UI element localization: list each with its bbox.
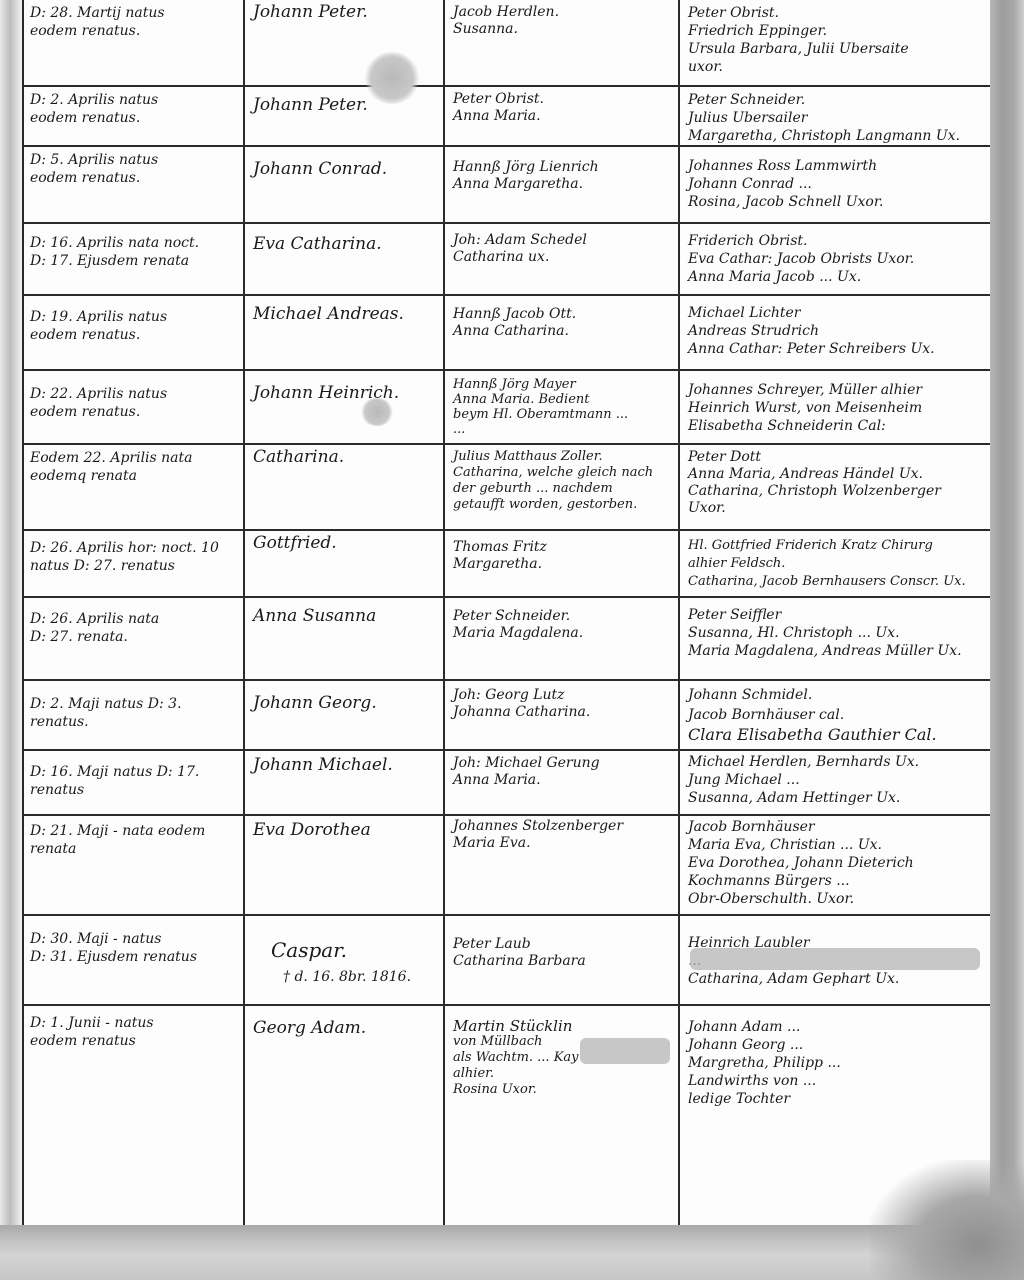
godparent-line: Obr-Oberschulth. Uxor. [688, 890, 984, 908]
date-cell: D: 30. Maji - natus D: 31. Ejusdem renat… [22, 916, 243, 1004]
godparent-line: Jacob Bornhäuser cal. [688, 705, 984, 725]
child-name: Michael Andreas. [253, 306, 437, 323]
child-cell: Georg Adam. [245, 1006, 443, 1232]
godparent-line: Andreas Strudrich [688, 322, 984, 340]
godparent-line: Johann Adam ... [688, 1018, 984, 1036]
parents-cell: Joh: Adam Schedel Catharina ux. [445, 224, 677, 294]
parent-line: Anna Maria. [453, 772, 671, 789]
godparents-cell: Peter Seiffler Susanna, Hl. Christoph ..… [680, 598, 990, 679]
godparents-cell: Jacob Bornhäuser Maria Eva, Christian ..… [680, 816, 990, 914]
date-line: eodem renatus. [30, 403, 237, 421]
scan-corner-shadow [870, 1160, 1024, 1280]
godparents-cell: Hl. Gottfried Friderich Kratz Chirurg al… [680, 531, 990, 596]
parent-line: Hannß Jacob Ott. [453, 306, 671, 323]
parent-line: Catharina Barbara [453, 953, 671, 970]
godparent-line: Ursula Barbara, Julii Ubersaite [688, 40, 984, 58]
date-line: eodem renatus. [30, 169, 237, 187]
godparent-line: Rosina, Jacob Schnell Uxor. [688, 193, 984, 211]
date-line: D: 17. Ejusdem renata [30, 252, 237, 270]
godparent-line: Maria Magdalena, Andreas Müller Ux. [688, 642, 984, 660]
godparent-line: uxor. [688, 58, 984, 76]
godparent-line: Anna Maria, Andreas Händel Ux. [688, 466, 984, 483]
parents-cell: Joh: Michael Gerung Anna Maria. [445, 751, 677, 814]
child-name: Johann Peter. [253, 97, 437, 114]
date-line: D: 2. Aprilis natus [30, 91, 237, 109]
date-line: eodemq renata [30, 467, 237, 485]
date-line: Eodem 22. Aprilis nata [30, 449, 237, 467]
parents-cell: Hannß Jörg Lienrich Anna Margaretha. [445, 147, 677, 222]
date-cell: D: 19. Aprilis natus eodem renatus. [22, 296, 243, 369]
godparent-line: Jacob Bornhäuser [688, 818, 984, 836]
godparent-line: Jung Michael ... [688, 771, 984, 789]
register-row: D: 26. Aprilis nata D: 27. renata. Anna … [22, 598, 990, 681]
parent-line: Thomas Fritz [453, 539, 671, 556]
godparent-line: Peter Schneider. [688, 91, 984, 109]
binding-margin [0, 0, 24, 1230]
date-line: renatus [30, 781, 237, 799]
register-row: D: 5. Aprilis natus eodem renatus. Johan… [22, 147, 990, 224]
parent-line: Joh: Michael Gerung [453, 755, 671, 772]
parent-line: Joh: Georg Lutz [453, 687, 671, 704]
parent-line: Anna Margaretha. [453, 176, 671, 193]
parent-line: ... [453, 422, 671, 437]
godparent-line: Johann Georg ... [688, 1036, 984, 1054]
godparent-line: Kochmanns Bürgers ... [688, 872, 984, 890]
date-line: D: 16. Maji natus D: 17. [30, 763, 237, 781]
godparent-line: Johann Schmidel. [688, 685, 984, 705]
child-name: Johann Georg. [253, 695, 437, 712]
date-line: renatus. [30, 713, 237, 731]
parents-cell: Peter Laub Catharina Barbara [445, 916, 677, 1004]
godparent-line: Eva Cathar: Jacob Obrists Uxor. [688, 250, 984, 268]
parent-line: Maria Eva. [453, 835, 671, 852]
godparents-cell: Johannes Schreyer, Müller alhier Heinric… [680, 371, 990, 443]
parent-line: Anna Catharina. [453, 323, 671, 340]
date-cell: D: 5. Aprilis natus eodem renatus. [22, 147, 243, 222]
godparent-line: Michael Herdlen, Bernhards Ux. [688, 753, 984, 771]
parent-line: getaufft worden, gestorben. [453, 497, 671, 513]
parent-line: Hannß Jörg Mayer [453, 377, 671, 392]
child-cell: Eva Catharina. [245, 224, 443, 294]
parent-line: der geburth ... nachdem [453, 481, 671, 497]
date-line: D: 21. Maji - nata eodem [30, 822, 237, 840]
godparents-cell: Peter Obrist. Friedrich Eppinger. Ursula… [680, 0, 990, 85]
date-line: renata [30, 840, 237, 858]
godparents-cell: Michael Lichter Andreas Strudrich Anna C… [680, 296, 990, 369]
register-row: D: 2. Maji natus D: 3. renatus. Johann G… [22, 681, 990, 751]
register-row: D: 16. Aprilis nata noct. D: 17. Ejusdem… [22, 224, 990, 296]
godparent-line: Catharina, Christoph Wolzenberger [688, 483, 984, 500]
godparent-line: Elisabetha Schneiderin Cal: [688, 417, 984, 435]
godparent-line: Eva Dorothea, Johann Dieterich [688, 854, 984, 872]
child-name: Johann Conrad. [253, 161, 437, 178]
date-line: D: 16. Aprilis nata noct. [30, 234, 237, 252]
child-name: Georg Adam. [253, 1020, 437, 1037]
godparent-line: Julius Ubersailer [688, 109, 984, 127]
ink-smudge [580, 1038, 670, 1064]
parents-cell: Peter Schneider. Maria Magdalena. [445, 598, 677, 679]
godparent-line: alhier Feldsch. [688, 555, 984, 573]
child-cell: Johann Heinrich. [245, 371, 443, 443]
baptism-register-table: D: 28. Martij natus eodem renatus. Johan… [22, 0, 990, 1232]
date-cell: D: 26. Aprilis hor: noct. 10 natus D: 27… [22, 531, 243, 596]
child-cell: Gottfried. [245, 531, 443, 596]
parents-cell: Thomas Fritz Margaretha. [445, 531, 677, 596]
parents-cell: Johannes Stolzenberger Maria Eva. [445, 816, 677, 914]
parents-cell: Hannß Jörg Mayer Anna Maria. Bedient bey… [445, 371, 677, 443]
child-name: Johann Michael. [253, 757, 437, 774]
ink-stain [364, 52, 420, 104]
godparent-line: Peter Seiffler [688, 606, 984, 624]
godparent-line: Friedrich Eppinger. [688, 22, 984, 40]
death-note: † d. 16. 8br. 1816. [271, 969, 437, 986]
godparent-line: Anna Maria Jacob ... Ux. [688, 268, 984, 286]
parent-line: Hannß Jörg Lienrich [453, 159, 671, 176]
date-cell: D: 16. Maji natus D: 17. renatus [22, 751, 243, 814]
child-name: Caspar. [271, 942, 437, 959]
godparent-line: Susanna, Adam Hettinger Ux. [688, 789, 984, 807]
parent-line: Margaretha. [453, 556, 671, 573]
parent-line: Catharina, welche gleich nach [453, 465, 671, 481]
parent-line: alhier. [453, 1066, 671, 1082]
godparent-line: Johannes Ross Lammwirth [688, 157, 984, 175]
date-line: D: 26. Aprilis nata [30, 610, 237, 628]
parent-line: Johannes Stolzenberger [453, 818, 671, 835]
godparent-line: Anna Cathar: Peter Schreibers Ux. [688, 340, 984, 358]
godparent-line: Landwirths von ... [688, 1072, 984, 1090]
child-cell: Johann Conrad. [245, 147, 443, 222]
godparent-line: Hl. Gottfried Friderich Kratz Chirurg [688, 537, 984, 555]
register-row: D: 21. Maji - nata eodem renata Eva Doro… [22, 816, 990, 916]
godparent-line: Uxor. [688, 500, 984, 517]
register-row: D: 2. Aprilis natus eodem renatus. Johan… [22, 87, 990, 147]
page-edge-shadow [990, 0, 1024, 1280]
godparents-cell: Johann Schmidel. Jacob Bornhäuser cal. C… [680, 681, 990, 749]
godparents-cell: Peter Dott Anna Maria, Andreas Händel Ux… [680, 445, 990, 529]
child-cell: Anna Susanna [245, 598, 443, 679]
parent-line: Anna Maria. [453, 108, 671, 125]
date-cell: Eodem 22. Aprilis nata eodemq renata [22, 445, 243, 529]
date-line: D: 31. Ejusdem renatus [30, 948, 237, 966]
date-line: D: 30. Maji - natus [30, 930, 237, 948]
child-cell: Johann Michael. [245, 751, 443, 814]
parent-line: Peter Schneider. [453, 608, 671, 625]
godparents-cell: Friderich Obrist. Eva Cathar: Jacob Obri… [680, 224, 990, 294]
parent-line: Susanna. [453, 21, 671, 38]
date-cell: D: 2. Aprilis natus eodem renatus. [22, 87, 243, 145]
parent-line: beym Hl. Oberamtmann ... [453, 407, 671, 422]
parent-line: Peter Obrist. [453, 91, 671, 108]
child-cell: Michael Andreas. [245, 296, 443, 369]
parent-line: Jacob Herdlen. [453, 4, 671, 21]
date-cell: D: 28. Martij natus eodem renatus. [22, 0, 243, 85]
godparent-line: Clara Elisabetha Gauthier Cal. [688, 725, 984, 745]
child-name: Gottfried. [253, 535, 437, 552]
date-line: eodem renatus. [30, 109, 237, 127]
parents-cell: Jacob Herdlen. Susanna. [445, 0, 677, 85]
register-row: D: 19. Aprilis natus eodem renatus. Mich… [22, 296, 990, 371]
godparents-cell: Michael Herdlen, Bernhards Ux. Jung Mich… [680, 751, 990, 814]
date-line: D: 1. Junii - natus [30, 1014, 237, 1032]
parents-cell: Hannß Jacob Ott. Anna Catharina. [445, 296, 677, 369]
parents-cell: Peter Obrist. Anna Maria. [445, 87, 677, 145]
parent-line: Peter Laub [453, 936, 671, 953]
date-line: D: 2. Maji natus D: 3. [30, 695, 237, 713]
parent-line: Catharina ux. [453, 249, 671, 266]
godparents-cell: Johannes Ross Lammwirth Johann Conrad ..… [680, 147, 990, 222]
godparent-line: ledige Tochter [688, 1090, 984, 1108]
child-name: Anna Susanna [253, 608, 437, 625]
register-row: D: 1. Junii - natus eodem renatus Georg … [22, 1006, 990, 1232]
date-line: eodem renatus. [30, 22, 237, 40]
register-row: Eodem 22. Aprilis nata eodemq renata Cat… [22, 445, 990, 531]
godparent-line: Maria Eva, Christian ... Ux. [688, 836, 984, 854]
register-row: D: 22. Aprilis natus eodem renatus. Joha… [22, 371, 990, 445]
parent-line: Anna Maria. Bedient [453, 392, 671, 407]
child-name: Eva Catharina. [253, 236, 437, 253]
child-cell: Caspar. † d. 16. 8br. 1816. [245, 916, 443, 1004]
godparent-line: Margaretha, Christoph Langmann Ux. [688, 127, 984, 145]
ink-smudge [690, 948, 980, 970]
child-cell: Catharina. [245, 445, 443, 529]
parents-cell: Julius Matthaus Zoller. Catharina, welch… [445, 445, 677, 529]
parent-line: Johanna Catharina. [453, 704, 671, 721]
godparent-line: Peter Dott [688, 449, 984, 466]
child-name: Catharina. [253, 449, 437, 466]
date-line: natus D: 27. renatus [30, 557, 237, 575]
godparent-line: Johann Conrad ... [688, 175, 984, 193]
child-name: Johann Peter. [253, 4, 437, 21]
date-cell: D: 1. Junii - natus eodem renatus [22, 1006, 243, 1232]
child-cell: Eva Dorothea [245, 816, 443, 914]
parent-line: Julius Matthaus Zoller. [453, 449, 671, 465]
parent-line: Maria Magdalena. [453, 625, 671, 642]
child-name: Eva Dorothea [253, 822, 437, 839]
godparent-line: Catharina, Adam Gephart Ux. [688, 970, 984, 988]
child-cell: Johann Peter. [245, 87, 443, 145]
parent-line: Rosina Uxor. [453, 1082, 671, 1098]
godparent-line: Johannes Schreyer, Müller alhier [688, 381, 984, 399]
godparent-line: Susanna, Hl. Christoph ... Ux. [688, 624, 984, 642]
godparent-line: Michael Lichter [688, 304, 984, 322]
date-line: D: 28. Martij natus [30, 4, 237, 22]
date-line: D: 27. renata. [30, 628, 237, 646]
date-line: eodem renatus. [30, 326, 237, 344]
godparent-line: Friderich Obrist. [688, 232, 984, 250]
godparent-line: Heinrich Wurst, von Meisenheim [688, 399, 984, 417]
date-cell: D: 21. Maji - nata eodem renata [22, 816, 243, 914]
date-line: D: 26. Aprilis hor: noct. 10 [30, 539, 237, 557]
parent-line: Martin Stücklin [453, 1018, 671, 1034]
register-page: D: 28. Martij natus eodem renatus. Johan… [0, 0, 1024, 1280]
godparent-line: Margretha, Philipp ... [688, 1054, 984, 1072]
date-cell: D: 2. Maji natus D: 3. renatus. [22, 681, 243, 749]
date-line: D: 22. Aprilis natus [30, 385, 237, 403]
child-name: Johann Heinrich. [253, 385, 437, 402]
godparent-line: Catharina, Jacob Bernhausers Conscr. Ux. [688, 573, 984, 591]
ink-stain [360, 398, 394, 426]
godparents-cell: Peter Schneider. Julius Ubersailer Marga… [680, 87, 990, 145]
register-row: D: 26. Aprilis hor: noct. 10 natus D: 27… [22, 531, 990, 598]
godparent-line: Peter Obrist. [688, 4, 984, 22]
date-cell: D: 16. Aprilis nata noct. D: 17. Ejusdem… [22, 224, 243, 294]
date-line: eodem renatus [30, 1032, 237, 1050]
register-row: D: 16. Maji natus D: 17. renatus Johann … [22, 751, 990, 816]
date-cell: D: 22. Aprilis natus eodem renatus. [22, 371, 243, 443]
register-row: D: 28. Martij natus eodem renatus. Johan… [22, 0, 990, 87]
parents-cell: Joh: Georg Lutz Johanna Catharina. [445, 681, 677, 749]
date-cell: D: 26. Aprilis nata D: 27. renata. [22, 598, 243, 679]
parent-line: Joh: Adam Schedel [453, 232, 671, 249]
date-line: D: 5. Aprilis natus [30, 151, 237, 169]
date-line: D: 19. Aprilis natus [30, 308, 237, 326]
child-cell: Johann Georg. [245, 681, 443, 749]
